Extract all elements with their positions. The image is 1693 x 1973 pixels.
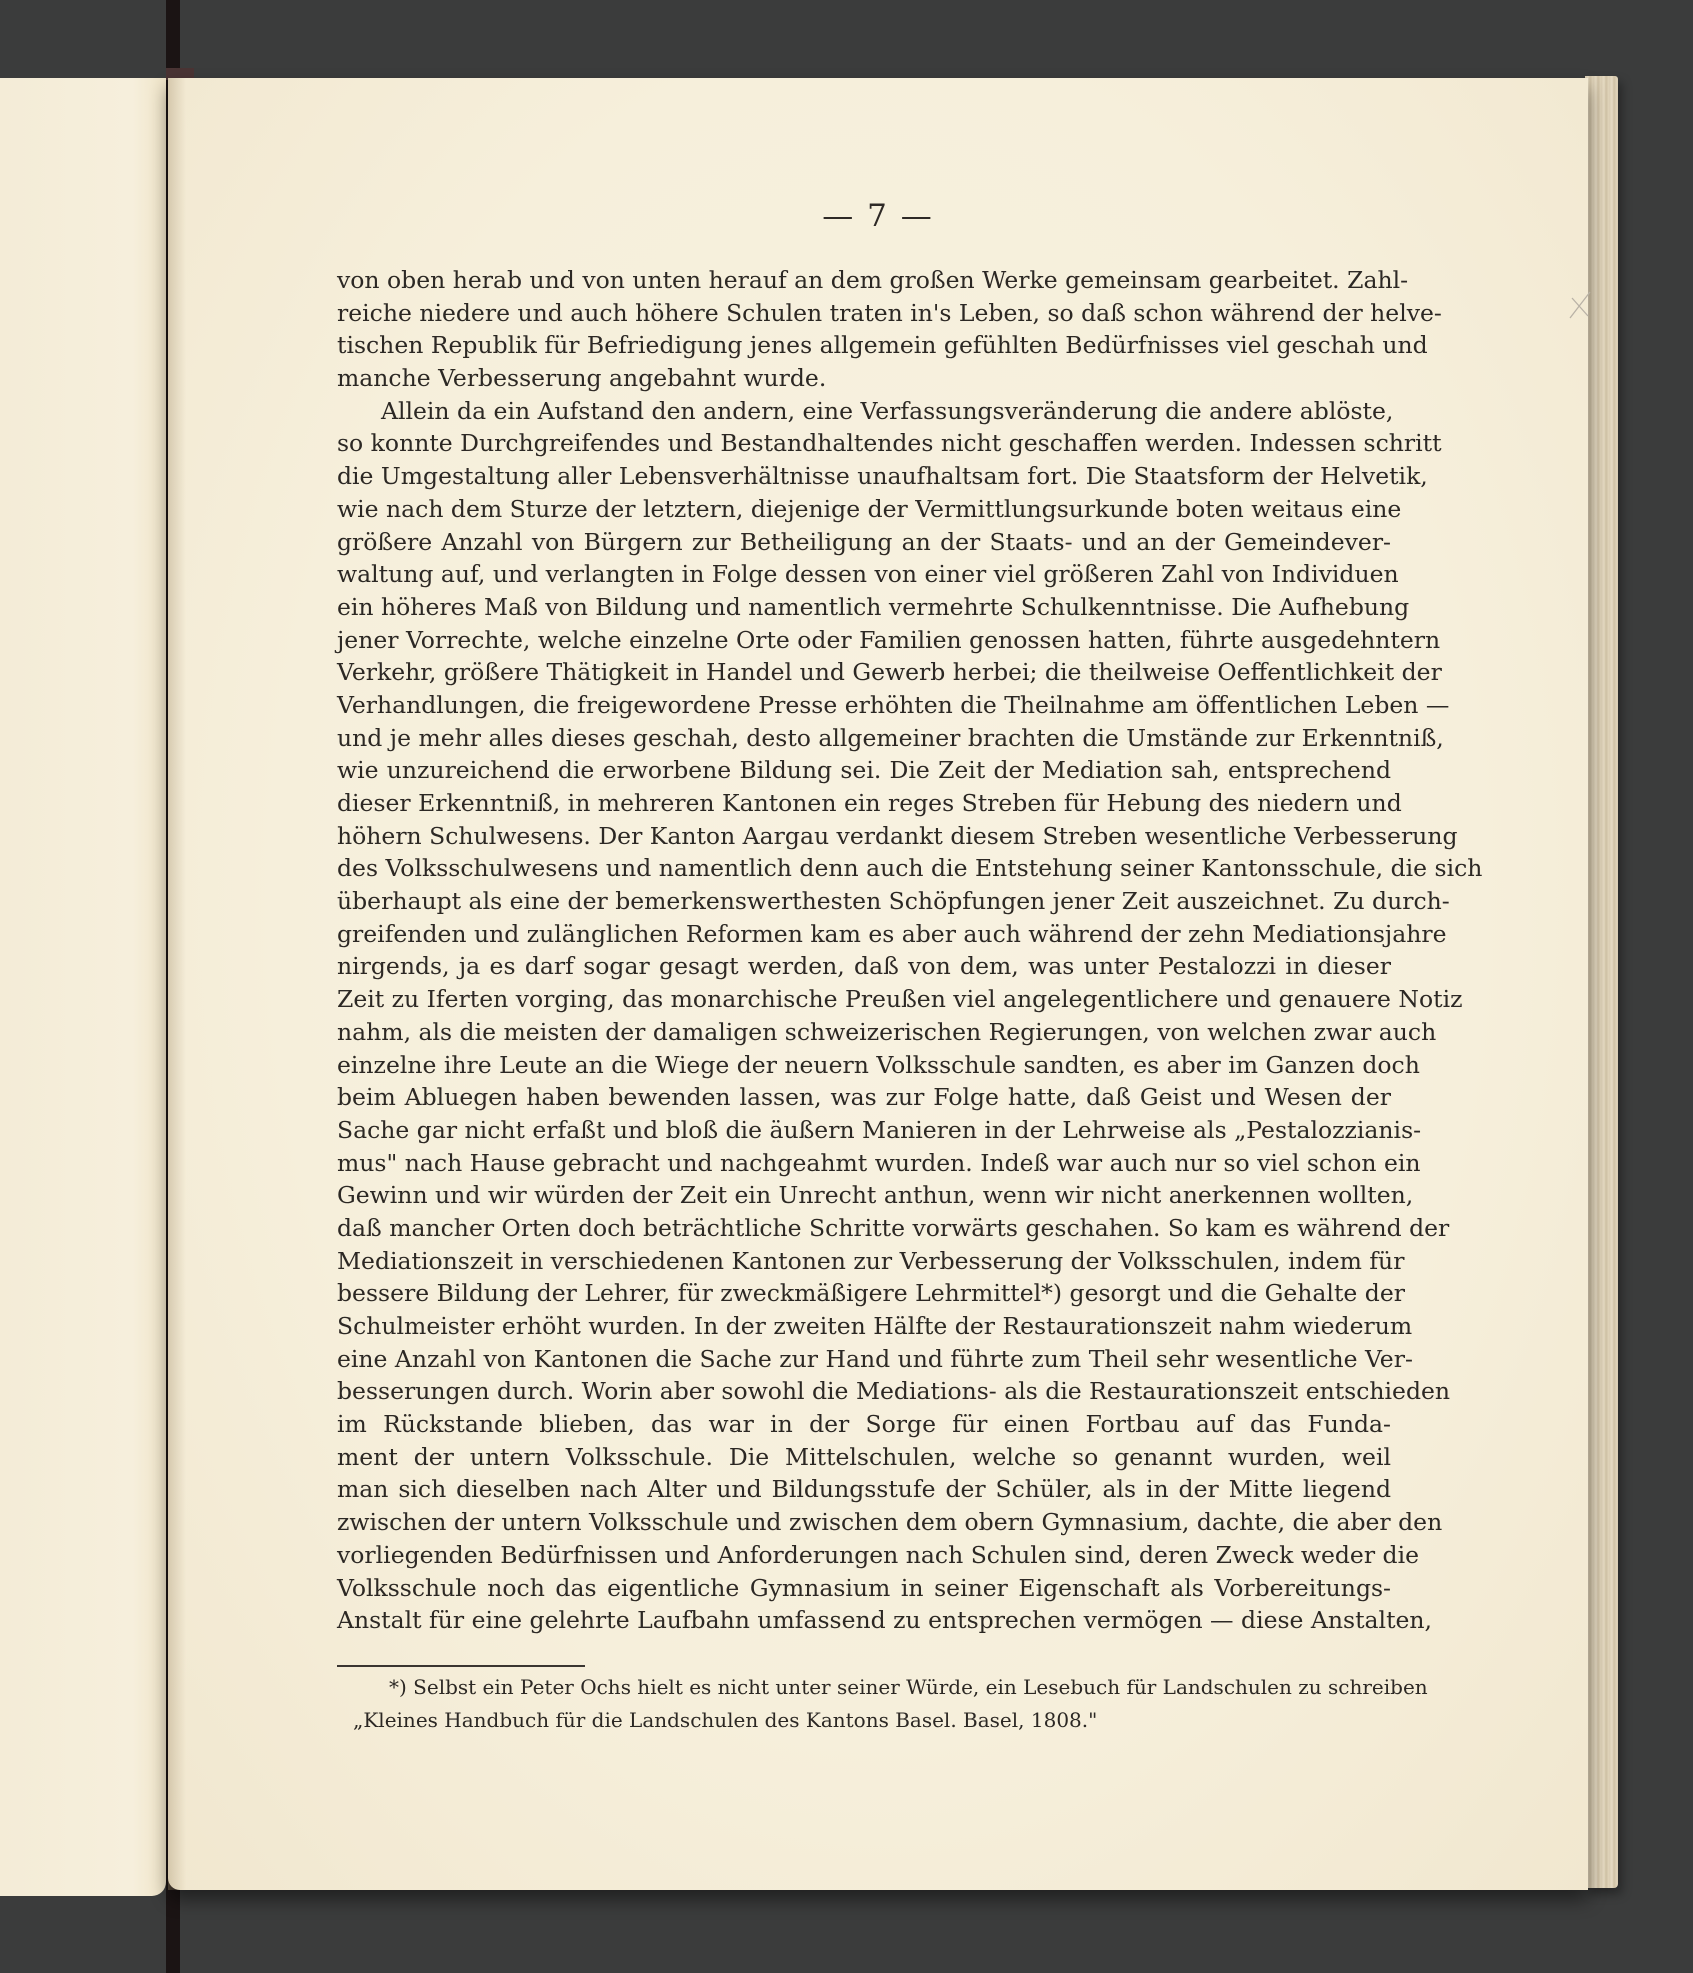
book-page: — 7 — von oben herab und von unten herau…: [168, 78, 1588, 1890]
text-line: Verhandlungen, die freigewordene Presse …: [337, 689, 1391, 722]
text-line: Gewinn und wir würden der Zeit ein Unrec…: [337, 1179, 1391, 1212]
text-line: Sache gar nicht erfaßt und bloß die äuße…: [337, 1114, 1391, 1147]
text-line: im Rückstande blieben, das war in der So…: [337, 1408, 1391, 1441]
footnote-line: „Kleines Handbuch für die Landschulen de…: [353, 1704, 1391, 1737]
text-line: und je mehr alles dieses geschah, desto …: [337, 722, 1391, 755]
text-line: tischen Republik für Befriedigung jenes …: [337, 329, 1391, 362]
text-line: waltung auf, und verlangten in Folge des…: [337, 558, 1391, 591]
text-line: greifenden und zulänglichen Reformen kam…: [337, 918, 1391, 951]
text-line: man sich dieselben nach Alter und Bildun…: [337, 1473, 1391, 1506]
pencil-x-mark-icon: [1568, 290, 1592, 320]
text-line: reiche niedere und auch höhere Schulen t…: [337, 297, 1391, 330]
left-facing-page: [0, 78, 166, 1896]
text-line: höhern Schulwesens. Der Kanton Aargau ve…: [337, 820, 1391, 853]
text-line: nirgends, ja es darf sogar gesagt werden…: [337, 950, 1391, 983]
text-line: des Volksschulwesens und namentlich denn…: [337, 852, 1391, 885]
text-line: von oben herab und von unten herauf an d…: [337, 264, 1391, 297]
text-line: einzelne ihre Leute an die Wiege der neu…: [337, 1049, 1391, 1082]
text-line: mus" nach Hause gebracht und nachgeahmt …: [337, 1147, 1391, 1180]
text-line: ment der untern Volksschule. Die Mittels…: [337, 1441, 1391, 1474]
text-line: wie unzureichend die erworbene Bildung s…: [337, 754, 1391, 787]
text-line: manche Verbesserung angebahnt wurde.: [337, 362, 1391, 395]
text-line: besserungen durch. Worin aber sowohl die…: [337, 1375, 1391, 1408]
text-line: eine Anzahl von Kantonen die Sache zur H…: [337, 1343, 1391, 1376]
footnote-divider: [337, 1665, 585, 1667]
footnote-line: *) Selbst ein Peter Ochs hielt es nicht …: [353, 1671, 1391, 1704]
text-line: Verkehr, größere Thätigkeit in Handel un…: [337, 656, 1391, 689]
text-line: dieser Erkenntniß, in mehreren Kantonen …: [337, 787, 1391, 820]
text-line: Zeit zu Iferten vorging, das monarchisch…: [337, 983, 1391, 1016]
text-line: ein höheres Maß von Bildung und namentli…: [337, 591, 1391, 624]
page-edges: [1585, 76, 1618, 1888]
text-line: vorliegenden Bedürfnissen und Anforderun…: [337, 1539, 1391, 1572]
text-line: Mediationszeit in verschiedenen Kantonen…: [337, 1245, 1391, 1278]
text-line: Schulmeister erhöht wurden. In der zweit…: [337, 1310, 1391, 1343]
text-line: daß mancher Orten doch beträchtliche Sch…: [337, 1212, 1391, 1245]
text-line: Volksschule noch das eigentliche Gymnasi…: [337, 1572, 1391, 1605]
text-line: zwischen der untern Volksschule und zwis…: [337, 1506, 1391, 1539]
body-text: von oben herab und von unten herauf an d…: [337, 264, 1391, 1637]
gutter-shadow: [168, 78, 186, 1890]
text-line: überhaupt als eine der bemerkenswerthest…: [337, 885, 1391, 918]
text-line: bessere Bildung der Lehrer, für zweckmäß…: [337, 1277, 1391, 1310]
page-number: — 7 —: [168, 198, 1588, 234]
paragraph-start: Allein da ein Aufstand den andern, eine …: [337, 395, 1391, 428]
text-line: wie nach dem Sturze der letztern, diejen…: [337, 493, 1391, 526]
text-line: jener Vorrechte, welche einzelne Orte od…: [337, 624, 1391, 657]
text-line: größere Anzahl von Bürgern zur Betheilig…: [337, 526, 1391, 559]
text-line: so konnte Durchgreifendes und Bestandhal…: [337, 427, 1391, 460]
footnote: *) Selbst ein Peter Ochs hielt es nicht …: [353, 1671, 1391, 1737]
text-line: Anstalt für eine gelehrte Laufbahn umfas…: [337, 1604, 1391, 1637]
text-line: nahm, als die meisten der damaligen schw…: [337, 1016, 1391, 1049]
text-line: beim Abluegen haben bewenden lassen, was…: [337, 1081, 1391, 1114]
text-line: die Umgestaltung aller Lebensverhältniss…: [337, 460, 1391, 493]
